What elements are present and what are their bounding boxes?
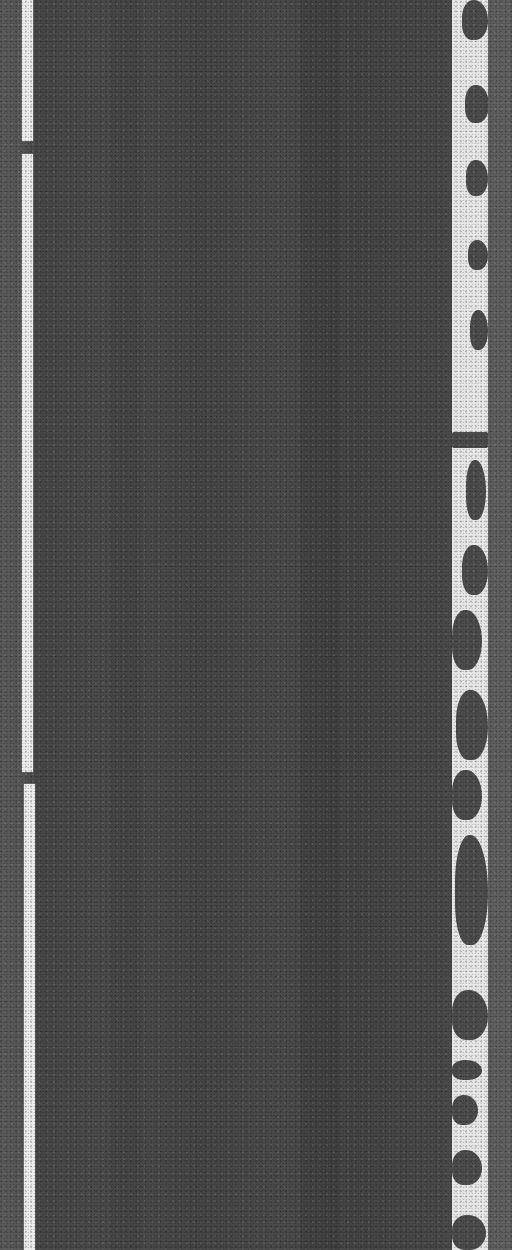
lane-dash xyxy=(24,784,35,1250)
wear-patch xyxy=(455,835,488,945)
wear-patch xyxy=(452,1215,486,1250)
wear-patch xyxy=(466,160,488,196)
wear-patch xyxy=(465,85,489,123)
wear-patch xyxy=(462,0,488,40)
road-shoulder xyxy=(488,0,512,1250)
lane-dash xyxy=(22,0,33,141)
wear-patch xyxy=(470,310,488,350)
tire-streak xyxy=(300,0,340,1250)
wear-patch xyxy=(456,690,488,760)
road-photo xyxy=(0,0,512,1250)
wear-patch xyxy=(452,1095,478,1125)
wear-patch xyxy=(466,460,486,520)
wear-patch xyxy=(462,545,488,595)
wear-gap xyxy=(452,432,488,448)
wear-patch xyxy=(468,240,488,270)
wear-patch xyxy=(452,770,482,820)
wear-patch xyxy=(452,610,482,670)
wear-patch xyxy=(452,990,488,1040)
wear-patch xyxy=(452,1150,482,1185)
wear-patch xyxy=(452,1060,482,1080)
asphalt-texture xyxy=(0,0,512,1250)
lane-dash xyxy=(22,154,33,772)
tire-streak xyxy=(110,0,140,1250)
